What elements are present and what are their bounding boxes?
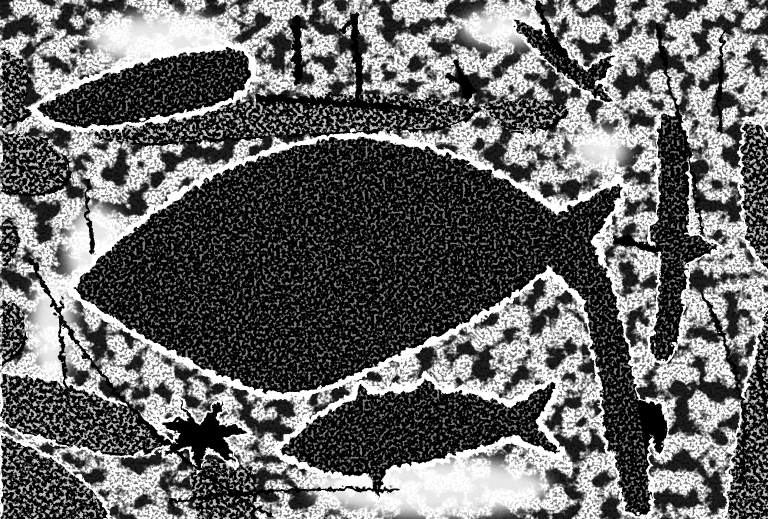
- petroglyph-panel: [0, 0, 768, 519]
- petroglyph-image: [0, 0, 768, 519]
- light-area: [572, 130, 628, 170]
